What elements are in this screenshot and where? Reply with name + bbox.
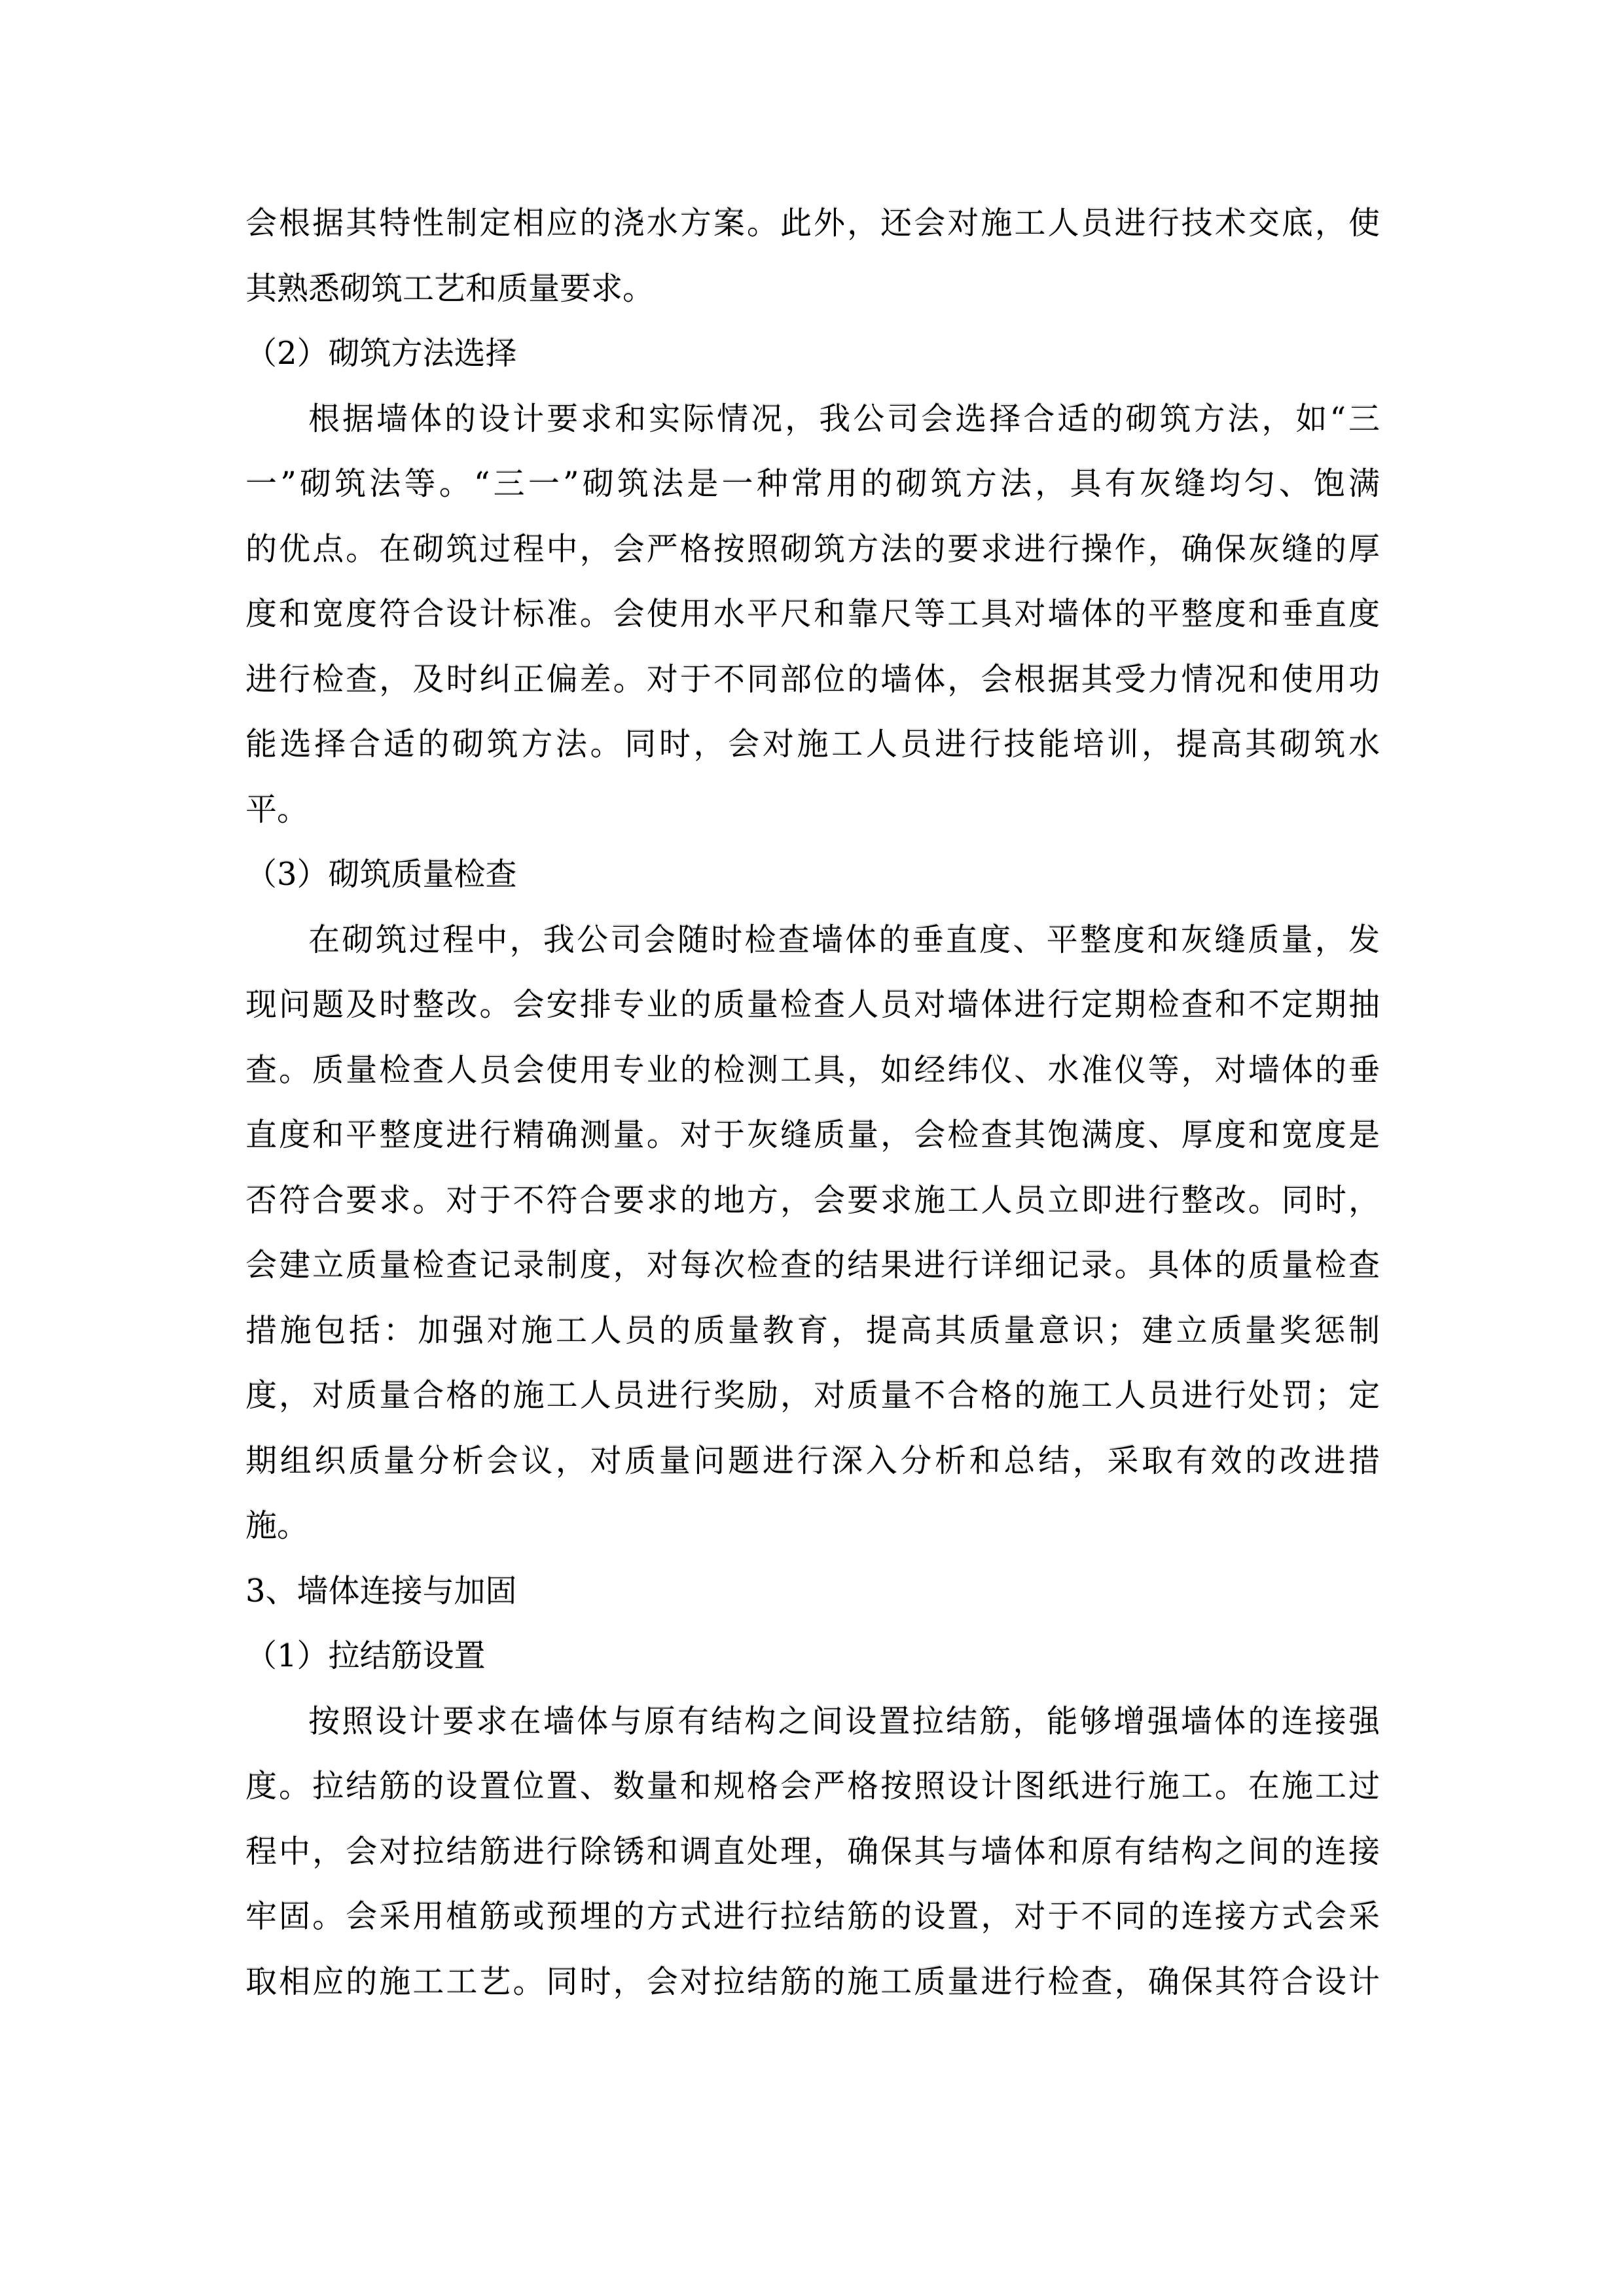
text-line: 根据墙体的设计要求和实际情况，我公司会选择合适的砌筑方法，如“三 [245, 387, 1380, 452]
text-line: 一”砌筑法等。“三一”砌筑法是一种常用的砌筑方法，具有灰缝均匀、饱满 [245, 452, 1380, 517]
heading-wall-connection-reinforcement: 3、墙体连接与加固 [245, 1559, 1380, 1624]
para-watering-plan-continued: 会根据其特性制定相应的浇水方案。此外，还会对施工人员进行技术交底，使其熟悉砌筑工… [245, 191, 1380, 321]
para-quality-check: 在砌筑过程中，我公司会随时检查墙体的垂直度、平整度和灰缝质量，发现问题及时整改。… [245, 908, 1380, 1559]
text-line: （3）砌筑质量检查 [245, 842, 1380, 908]
text-line: 施。 [245, 1494, 1380, 1559]
text-line: 按照设计要求在墙体与原有结构之间设置拉结筋，能够增强墙体的连接强 [245, 1689, 1380, 1755]
text-line: 的优点。在砌筑过程中，会严格按照砌筑方法的要求进行操作，确保灰缝的厚 [245, 517, 1380, 583]
text-line: 能选择合适的砌筑方法。同时，会对施工人员进行技能培训，提高其砌筑水 [245, 712, 1380, 778]
text-line: 程中，会对拉结筋进行除锈和调直处理，确保其与墙体和原有结构之间的连接 [245, 1820, 1380, 1885]
document-page: 会根据其特性制定相应的浇水方案。此外，还会对施工人员进行技术交底，使其熟悉砌筑工… [0, 0, 1624, 2296]
text-line: 其熟悉砌筑工艺和质量要求。 [245, 257, 1380, 322]
text-line: 现问题及时整改。会安排专业的质量检查人员对墙体进行定期检查和不定期抽 [245, 973, 1380, 1038]
text-line: 度，对质量合格的施工人员进行奖励，对质量不合格的施工人员进行处罚；定 [245, 1363, 1380, 1429]
document-body: 会根据其特性制定相应的浇水方案。此外，还会对施工人员进行技术交底，使其熟悉砌筑工… [245, 191, 1380, 2015]
text-line: 度。拉结筋的设置位置、数量和规格会严格按照设计图纸进行施工。在施工过 [245, 1754, 1380, 1820]
text-line: （1）拉结筋设置 [245, 1624, 1380, 1689]
text-line: 查。质量检查人员会使用专业的检测工具，如经纬仪、水准仪等，对墙体的垂 [245, 1038, 1380, 1103]
text-line: 期组织质量分析会议，对质量问题进行深入分析和总结，采取有效的改进措 [245, 1429, 1380, 1494]
para-tie-bar: 按照设计要求在墙体与原有结构之间设置拉结筋，能够增强墙体的连接强度。拉结筋的设置… [245, 1689, 1380, 2015]
text-line: 进行检查，及时纠正偏差。对于不同部位的墙体，会根据其受力情况和使用功 [245, 647, 1380, 713]
text-line: 措施包括：加强对施工人员的质量教育，提高其质量意识；建立质量奖惩制 [245, 1299, 1380, 1364]
text-line: 会建立质量检查记录制度，对每次检查的结果进行详细记录。具体的质量检查 [245, 1233, 1380, 1299]
text-line: 平。 [245, 778, 1380, 843]
heading-tie-bar-setup: （1）拉结筋设置 [245, 1624, 1380, 1689]
text-line: 牢固。会采用植筋或预埋的方式进行拉结筋的设置，对于不同的连接方式会采 [245, 1884, 1380, 1950]
text-line: 在砌筑过程中，我公司会随时检查墙体的垂直度、平整度和灰缝质量，发 [245, 908, 1380, 973]
text-line: 度和宽度符合设计标准。会使用水平尺和靠尺等工具对墙体的平整度和垂直度 [245, 582, 1380, 647]
text-line: 取相应的施工工艺。同时，会对拉结筋的施工质量进行检查，确保其符合设计 [245, 1950, 1380, 2015]
para-masonry-method: 根据墙体的设计要求和实际情况，我公司会选择合适的砌筑方法，如“三一”砌筑法等。“… [245, 387, 1380, 843]
text-line: 否符合要求。对于不符合要求的地方，会要求施工人员立即进行整改。同时， [245, 1168, 1380, 1234]
text-line: （2）砌筑方法选择 [245, 321, 1380, 387]
text-line: 直度和平整度进行精确测量。对于灰缝质量，会检查其饱满度、厚度和宽度是 [245, 1103, 1380, 1168]
text-line: 会根据其特性制定相应的浇水方案。此外，还会对施工人员进行技术交底，使 [245, 191, 1380, 257]
text-line: 3、墙体连接与加固 [245, 1559, 1380, 1624]
heading-masonry-method-selection: （2）砌筑方法选择 [245, 321, 1380, 387]
heading-masonry-quality-check: （3）砌筑质量检查 [245, 842, 1380, 908]
